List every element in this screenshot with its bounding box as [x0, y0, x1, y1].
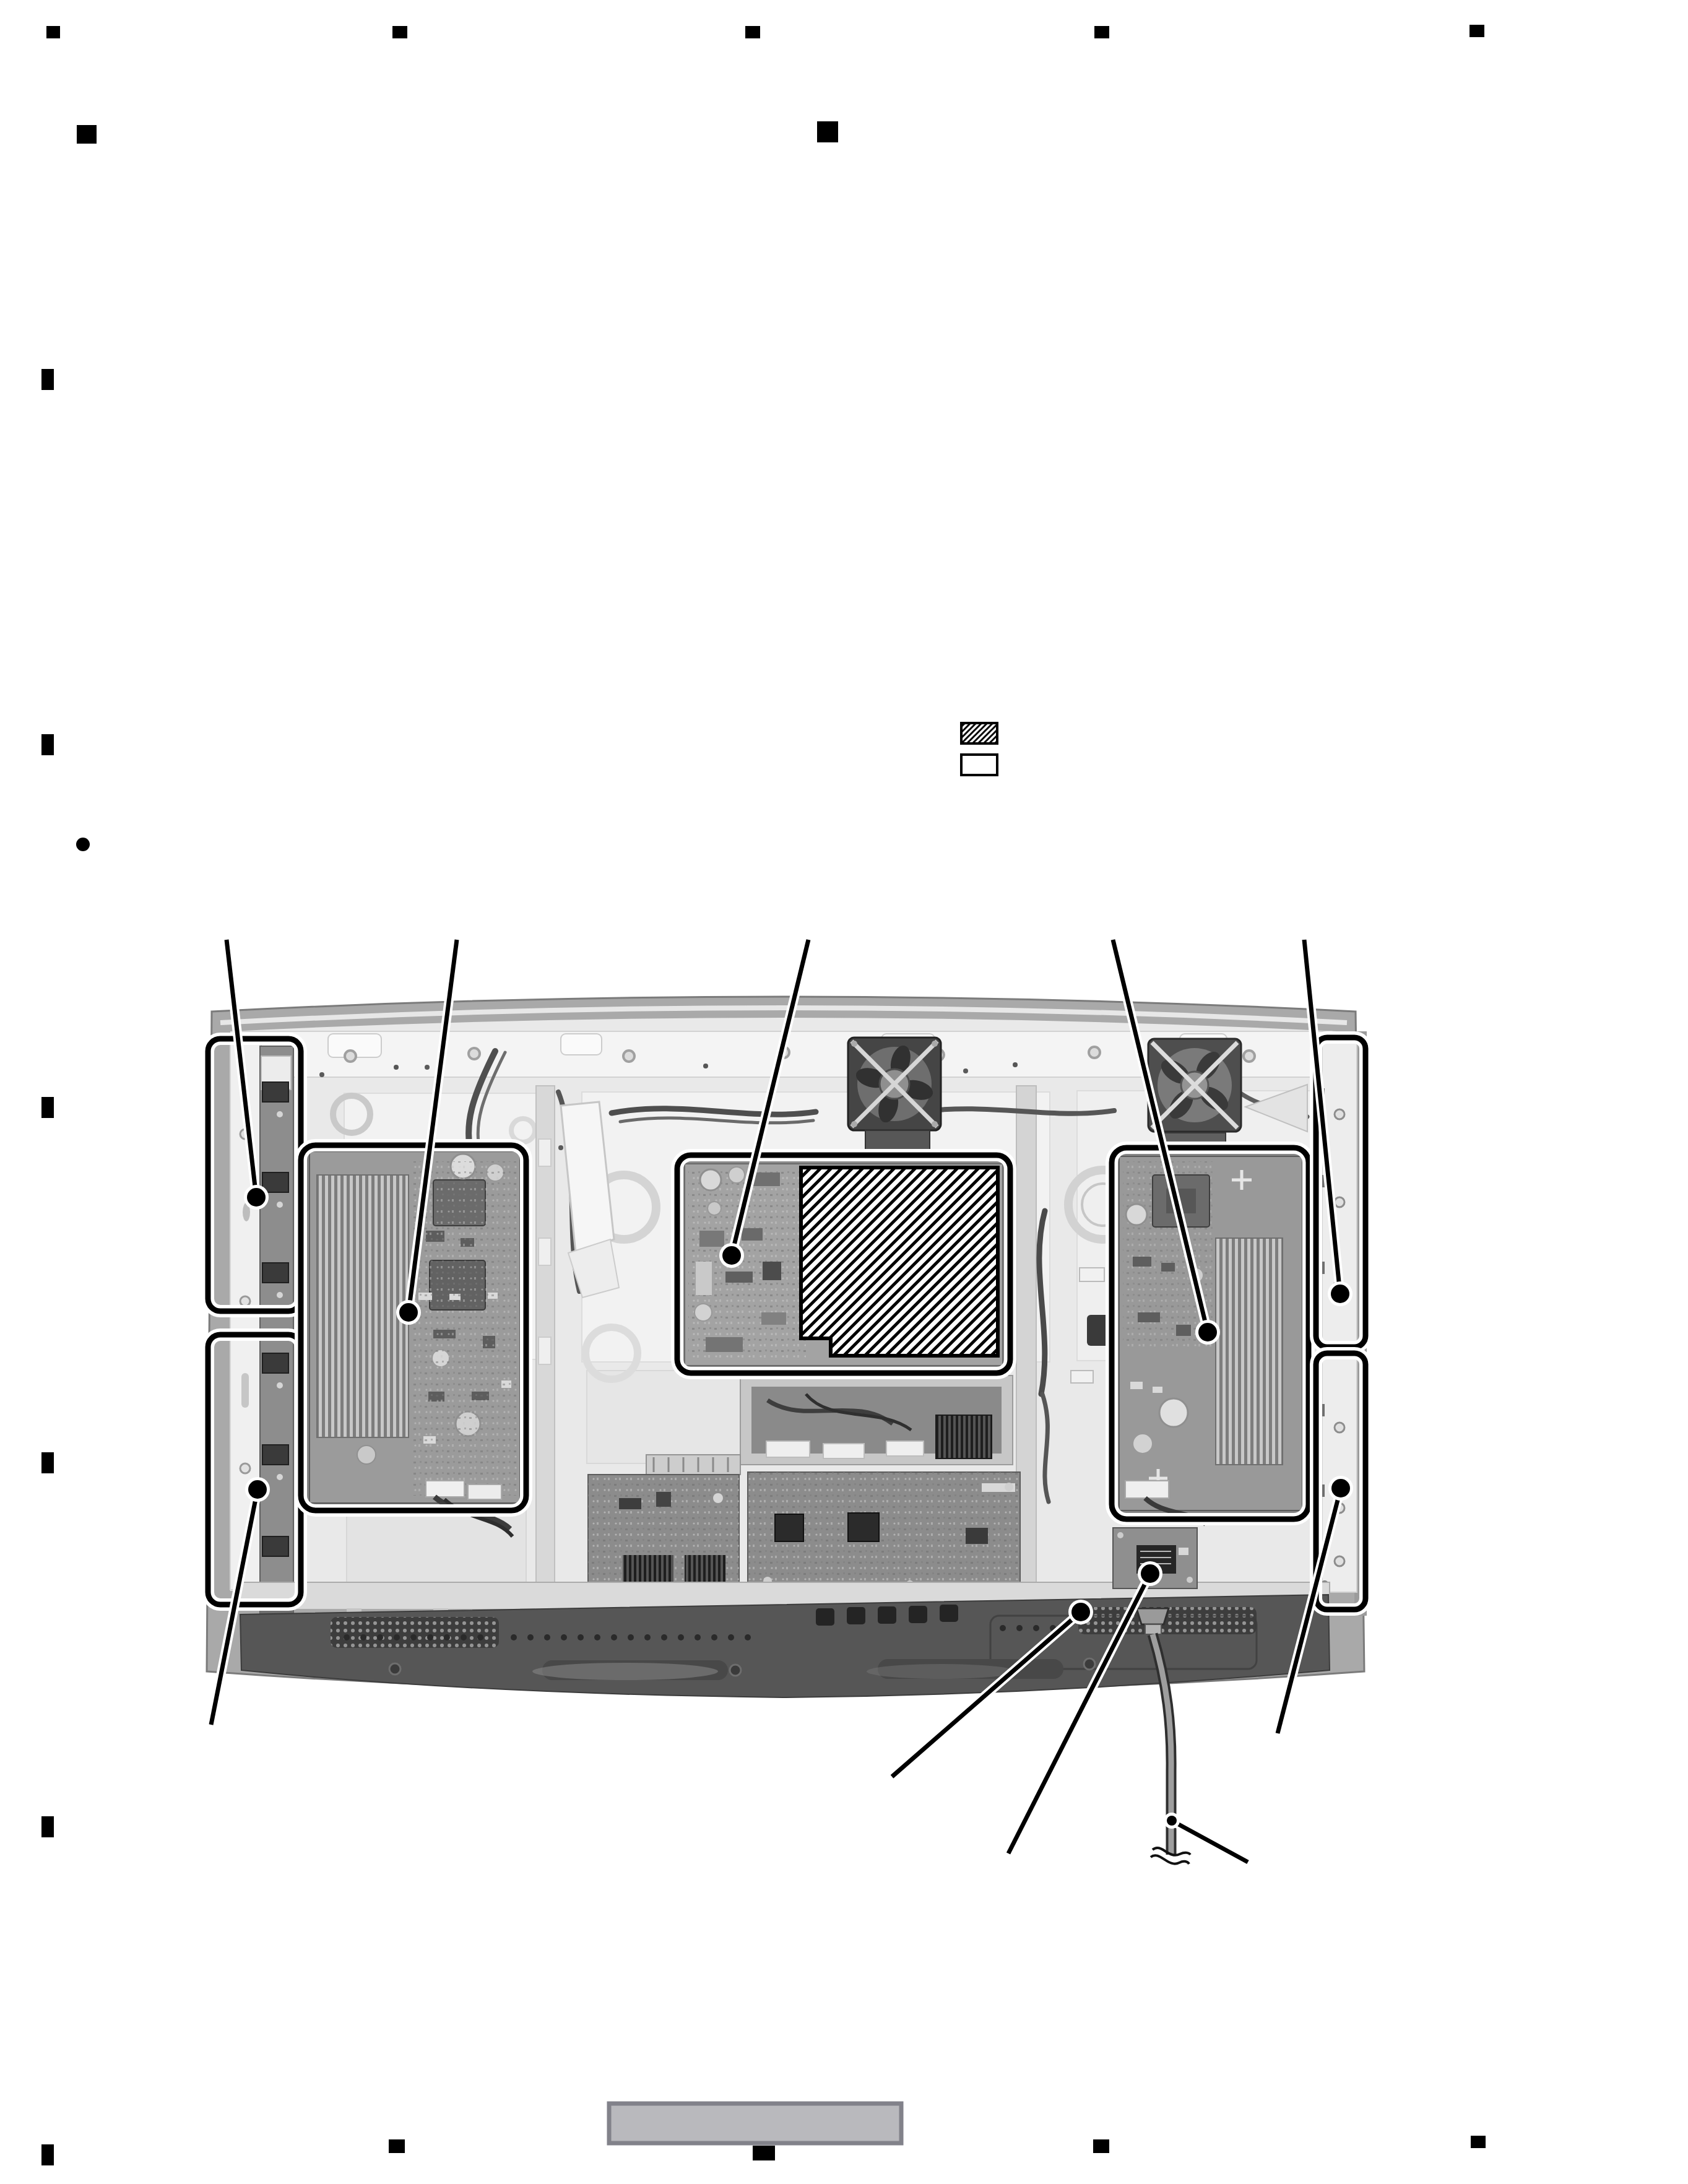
callout-8-dot	[1141, 1564, 1159, 1583]
registration-mark	[41, 2144, 54, 2165]
hatched-region-overlay	[801, 1168, 998, 1356]
callout-2-dot	[399, 1303, 418, 1322]
callout-7-dot	[1071, 1603, 1090, 1621]
callout-1-dot	[247, 1188, 266, 1207]
registration-mark	[753, 2146, 775, 2160]
callout-5-dot	[1331, 1285, 1349, 1303]
manual-page-figure	[0, 0, 1688, 2184]
heatsink	[1216, 1238, 1283, 1465]
registration-mark	[389, 2139, 405, 2153]
callout-9-dot	[1331, 1479, 1350, 1497]
registration-mark	[392, 26, 407, 38]
legend-swatch-hatched-fill	[961, 723, 997, 743]
registration-mark	[46, 26, 60, 38]
heatsink	[936, 1415, 992, 1458]
footer-part-box	[609, 2104, 901, 2143]
callout-4-dot	[1198, 1323, 1217, 1341]
registration-mark	[1094, 26, 1109, 38]
registration-mark	[41, 369, 54, 390]
tv-rear-photo	[207, 997, 1367, 1864]
legend	[961, 723, 997, 775]
callout-3-dot	[722, 1246, 741, 1265]
registration-mark	[41, 1097, 54, 1118]
registration-mark	[77, 125, 97, 144]
scanned-manual-page	[0, 0, 1688, 2184]
registration-mark	[817, 121, 838, 142]
registration-mark	[41, 1452, 54, 1473]
callout-6-dot	[248, 1480, 267, 1499]
registration-mark	[745, 26, 760, 38]
registration-mark	[1093, 2139, 1109, 2153]
left-power-board	[306, 1146, 524, 1536]
registration-mark	[41, 734, 54, 755]
legend-swatch-plain	[961, 755, 997, 775]
heatsink	[317, 1175, 409, 1437]
callout-10-dot	[1167, 1816, 1177, 1826]
registration-mark	[1469, 25, 1484, 37]
list-bullet	[76, 838, 90, 851]
registration-mark	[1471, 2136, 1486, 2148]
registration-mark	[41, 1816, 54, 1837]
callout-10-line	[1172, 1821, 1248, 1862]
